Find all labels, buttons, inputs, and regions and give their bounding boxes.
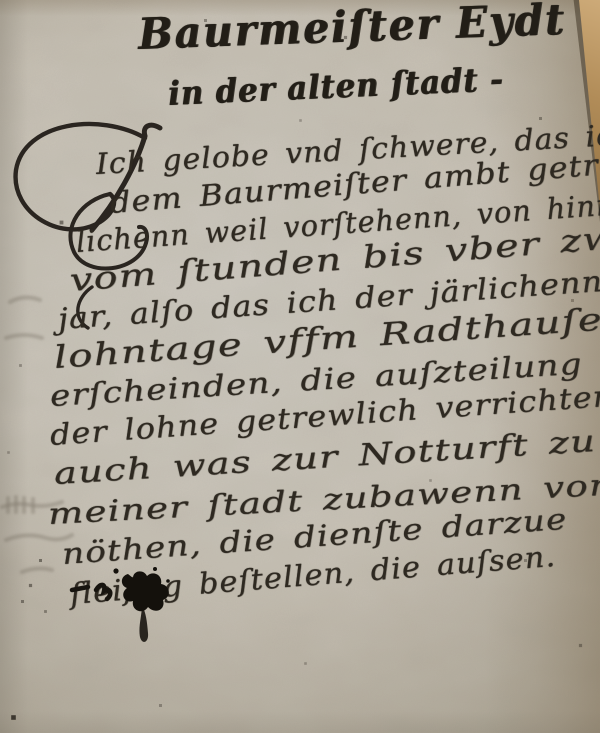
bottom-edge-shadow xyxy=(0,711,600,733)
title-line-1: Baurmeiſter Eydt xyxy=(137,0,566,60)
left-edge-shadow xyxy=(0,0,28,733)
title-line-2: in der alten ſtadt - xyxy=(167,59,504,113)
manuscript-page: Baurmeiſter Eydt in der alten ſtadt - Ic… xyxy=(0,0,600,733)
paper-specks xyxy=(0,0,1,1)
